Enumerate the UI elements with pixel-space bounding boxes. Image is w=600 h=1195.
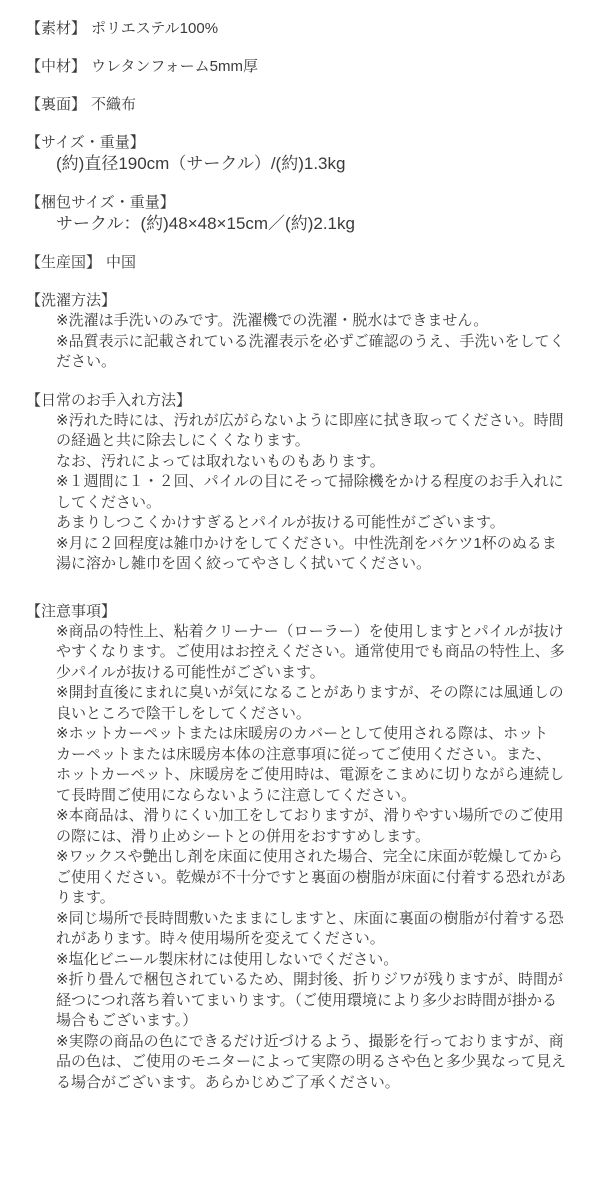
spec-line: れがあります。時々使用場所を変えてください。 [56, 929, 590, 950]
spec-line: カーペットまたは床暖房本体の注意事項に従ってご使用ください。また、 [56, 745, 590, 766]
section-heading: 【裏面】 [26, 96, 86, 113]
section-heading: 【サイズ・重量】 [26, 133, 590, 153]
spec-line: 少パイルが抜ける可能性がございます。 [56, 663, 590, 684]
section-value: 中国 [106, 254, 136, 271]
spec-inline-row: 【裏面】不織布 [26, 95, 590, 115]
spec-line: 良いところで陰干しをしてください。 [56, 704, 590, 725]
section-country-of-origin: 【生産国】中国 [26, 253, 590, 273]
spec-sections: 【素材】ポリエステル100%【中材】ウレタンフォーム5mm厚【裏面】不織布【サイ… [26, 19, 590, 1093]
spec-line: ※同じ場所で長時間敷いたままにしますと、床面に裏面の樹脂が付着する恐 [56, 909, 590, 930]
section-heading: 【生産国】 [26, 254, 101, 271]
section-value: 不織布 [91, 96, 136, 113]
spec-line: ※本商品は、滑りにくい加工をしておりますが、滑りやすい場所でのご使用 [56, 806, 590, 827]
spec-line: ださい。 [56, 352, 590, 373]
spec-line: あまりしつこくかけすぎるとパイルが抜ける可能性がございます。 [56, 513, 590, 534]
spec-inline-row: 【素材】ポリエステル100% [26, 19, 590, 39]
spec-line: (約)直径190cm（サークル）/(約)1.3kg [56, 153, 590, 175]
section-material: 【素材】ポリエステル100% [26, 19, 590, 39]
section-heading: 【素材】 [26, 20, 86, 37]
section-size-weight: 【サイズ・重量】(約)直径190cm（サークル）/(約)1.3kg [26, 133, 590, 175]
spec-inline-row: 【中材】ウレタンフォーム5mm厚 [26, 57, 590, 77]
spec-line: の際には、滑り止めシートとの併用をおすすめします。 [56, 827, 590, 848]
section-heading: 【中材】 [26, 58, 86, 75]
section-washing-method: 【洗濯方法】※洗濯は手洗いのみです。洗濯機での洗濯・脱水はできません。※品質表示… [26, 291, 590, 373]
spec-line: る場合がございます。あらかじめご了承ください。 [56, 1073, 590, 1094]
product-spec-page: 【素材】ポリエステル100%【中材】ウレタンフォーム5mm厚【裏面】不織布【サイ… [0, 0, 600, 1195]
section-heading: 【日常のお手入れ方法】 [26, 391, 590, 411]
spec-line: 品の色は、ご使用のモニターによって実際の明るさや色と多少異なって見え [56, 1052, 590, 1073]
spec-inline-row: 【生産国】中国 [26, 253, 590, 273]
spec-line: て長時間ご使用にならないように注意してください。 [56, 786, 590, 807]
spec-line: ご使用ください。乾燥が不十分ですと裏面の樹脂が床面に付着する恐れがあ [56, 868, 590, 889]
section-body: ※洗濯は手洗いのみです。洗濯機での洗濯・脱水はできません。※品質表示に記載されて… [26, 311, 590, 373]
section-body: サークル：(約)48×48×15cm／(約)2.1kg [26, 213, 590, 235]
spec-line: ※ワックスや艶出し剤を床面に使用された場合、完全に床面が乾燥してから [56, 847, 590, 868]
section-cautions: 【注意事項】※商品の特性上、粘着クリーナー（ローラー）を使用しますとパイルが抜け… [26, 602, 590, 1094]
section-value: ウレタンフォーム5mm厚 [91, 58, 258, 75]
section-heading: 【梱包サイズ・重量】 [26, 193, 590, 213]
section-inner-material: 【中材】ウレタンフォーム5mm厚 [26, 57, 590, 77]
spec-line: の経過と共に除去しにくくなります。 [56, 431, 590, 452]
spec-line: ※洗濯は手洗いのみです。洗濯機での洗濯・脱水はできません。 [56, 311, 590, 332]
spec-line: ※汚れた時には、汚れが広がらないように即座に拭き取ってください。時間 [56, 411, 590, 432]
section-heading: 【洗濯方法】 [26, 291, 590, 311]
section-body: (約)直径190cm（サークル）/(約)1.3kg [26, 153, 590, 175]
spec-line: ※開封直後にまれに臭いが気になることがありますが、その際には風通しの [56, 683, 590, 704]
spec-line: ※折り畳んで梱包されているため、開封後、折りジワが残りますが、時間が [56, 970, 590, 991]
section-daily-care: 【日常のお手入れ方法】※汚れた時には、汚れが広がらないように即座に拭き取ってくだ… [26, 391, 590, 575]
section-backing: 【裏面】不織布 [26, 95, 590, 115]
spec-line: ※商品の特性上、粘着クリーナー（ローラー）を使用しますとパイルが抜け [56, 622, 590, 643]
section-value: ポリエステル100% [91, 20, 218, 37]
spec-line: ホットカーペット、床暖房をご使用時は、電源をこまめに切りながら連続し [56, 765, 590, 786]
spec-line: 湯に溶かし雑巾を固く絞ってやさしく拭いてください。 [56, 554, 590, 575]
spec-line: ※品質表示に記載されている洗濯表示を必ずご確認のうえ、手洗いをしてく [56, 332, 590, 353]
spec-line: ※月に２回程度は雑巾かけをしてください。中性洗剤をバケツ1杯のぬるま [56, 534, 590, 555]
spec-line: サークル：(約)48×48×15cm／(約)2.1kg [56, 213, 590, 235]
spec-line: ります。 [56, 888, 590, 909]
section-body: ※商品の特性上、粘着クリーナー（ローラー）を使用しますとパイルが抜けやすくなりま… [26, 622, 590, 1094]
section-heading: 【注意事項】 [26, 602, 590, 622]
section-body: ※汚れた時には、汚れが広がらないように即座に拭き取ってください。時間の経過と共に… [26, 411, 590, 575]
spec-line: ※ホットカーペットまたは床暖房のカバーとして使用される際は、ホット [56, 724, 590, 745]
spec-line: ※実際の商品の色にできるだけ近づけるよう、撮影を行っておりますが、商 [56, 1032, 590, 1053]
spec-line: 経つにつれ落ち着いてまいります。（ご使用環境により多少お時間が掛かる [56, 991, 590, 1012]
spec-line: やすくなります。ご使用はお控えください。通常使用でも商品の特性上、多 [56, 642, 590, 663]
spec-line: なお、汚れによっては取れないものもあります。 [56, 452, 590, 473]
spec-line: してください。 [56, 493, 590, 514]
spec-line: ※１週間に１・２回、パイルの目にそって掃除機をかける程度のお手入れに [56, 472, 590, 493]
spec-line: 場合もございます。） [56, 1011, 590, 1032]
section-package-size-weight: 【梱包サイズ・重量】サークル：(約)48×48×15cm／(約)2.1kg [26, 193, 590, 235]
spec-line: ※塩化ビニール製床材には使用しないでください。 [56, 950, 590, 971]
